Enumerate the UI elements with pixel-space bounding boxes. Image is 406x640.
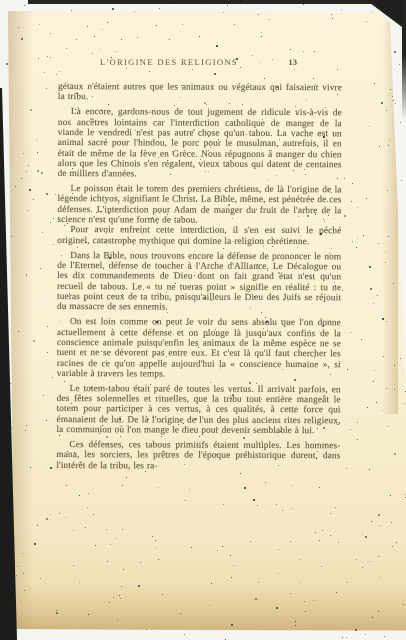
paragraph: Ces défenses, ces tabous primitifs étaie… [56, 440, 340, 472]
paragraph: Le totem-tabou était paré de toutes les … [56, 384, 340, 437]
page-title: L'ORIGINE DES RELIGIONS [100, 57, 238, 67]
paragraph: gétaux n'étaient autres que les animaux … [58, 82, 342, 104]
paragraph: On est loin comme on peut le voir du sen… [57, 317, 341, 380]
paragraph: Pour avoir enfreint cette interdiction, … [57, 225, 341, 247]
page-number: 13 [288, 57, 297, 67]
page-header: L'ORIGINE DES RELIGIONS 13 [58, 57, 342, 67]
page-edge-shadow [382, 14, 398, 414]
book-page: L'ORIGINE DES RELIGIONS 13 gétaux n'étai… [0, 0, 406, 640]
scan-edge-right [402, 0, 406, 120]
scanned-book-page: L'ORIGINE DES RELIGIONS 13 gétaux n'étai… [0, 0, 406, 640]
bottom-page-shadow [8, 584, 406, 630]
paragraph: Là encore, gardons-nous de tout jugement… [58, 107, 342, 181]
scan-edge-top [28, 0, 406, 4]
paragraph: Le poisson était le totem des premiers c… [57, 184, 341, 227]
text-block: gétaux n'étaient autres que les animaux … [56, 82, 342, 472]
paragraph: Dans la Bible, nous trouvons encore la d… [57, 251, 341, 314]
